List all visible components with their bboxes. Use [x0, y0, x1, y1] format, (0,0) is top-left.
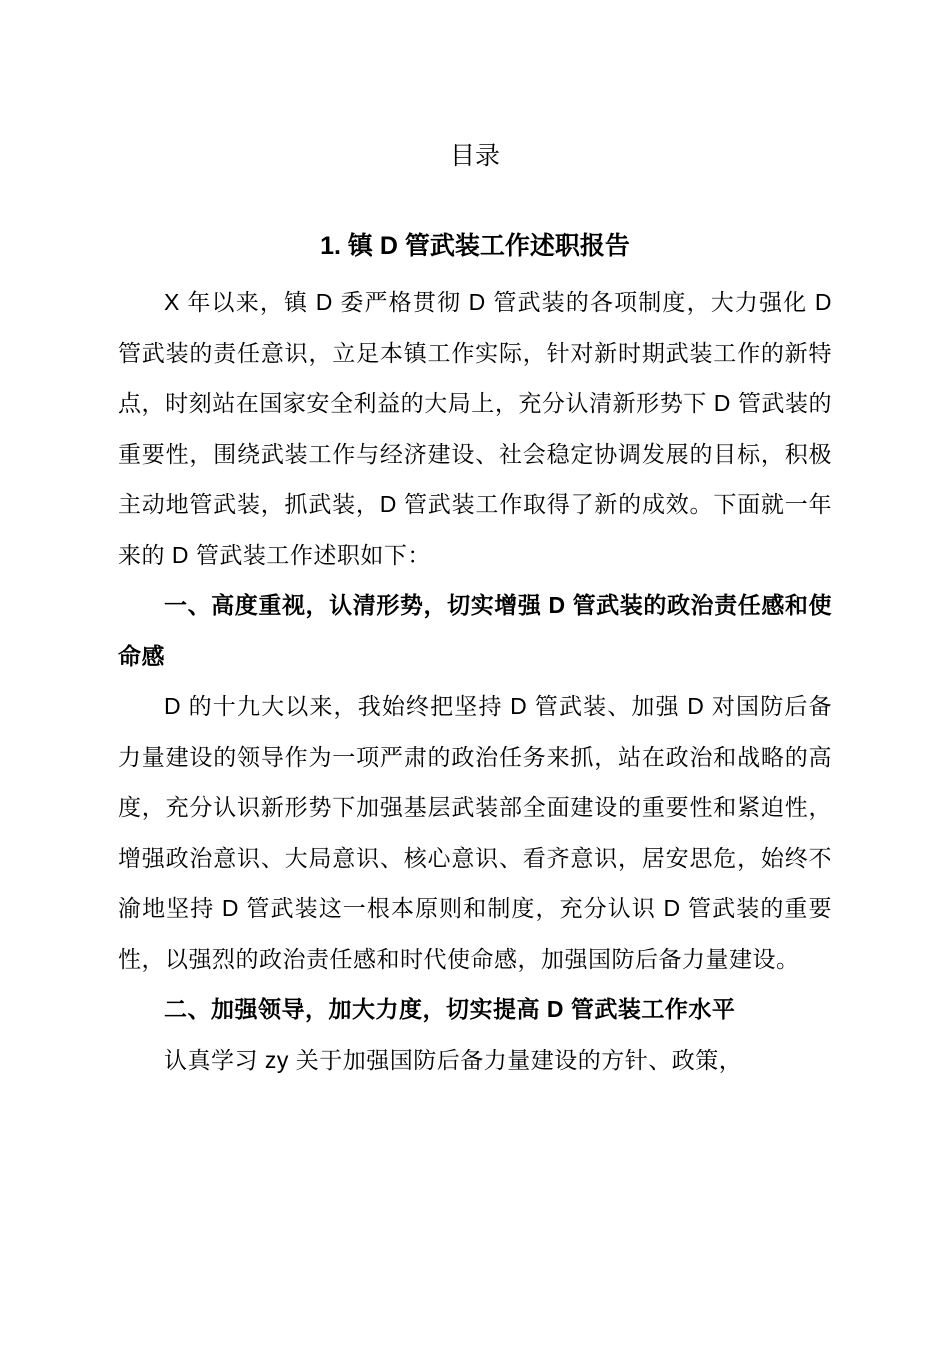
paragraph: D 的十九大以来，我始终把坚持 D 管武装、加强 D 对国防后备力量建设的领导作… — [118, 681, 832, 984]
toc-title: 目录 — [118, 131, 832, 181]
paragraph: X 年以来，镇 D 委严格贯彻 D 管武装的各项制度，大力强化 D 管武装的责任… — [118, 277, 832, 580]
document-page: 目录 1. 镇 D 管武装工作述职报告 X 年以来，镇 D 委严格贯彻 D 管武… — [0, 0, 950, 1346]
section-heading: 二、加强领导，加大力度，切实提高 D 管武装工作水平 — [118, 984, 832, 1035]
section-heading: 一、高度重视，认清形势，切实增强 D 管武装的政治责任感和使命感 — [118, 580, 832, 681]
paragraph: 认真学习 zy 关于加强国防后备力量建设的方针、政策， — [118, 1035, 832, 1086]
chapter-title: 1. 镇 D 管武装工作述职报告 — [118, 218, 832, 274]
